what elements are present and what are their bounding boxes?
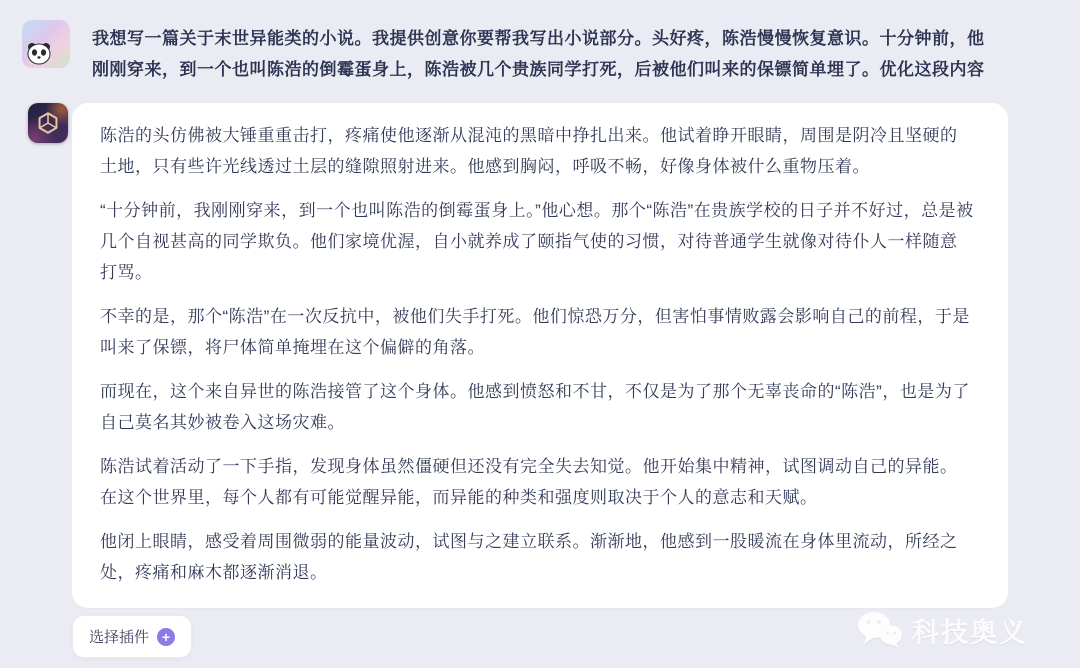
ai-avatar (28, 103, 68, 143)
plus-icon: + (157, 628, 175, 646)
user-avatar (22, 20, 70, 68)
watermark-text: 科技奥义 (912, 611, 1028, 650)
ai-paragraph: 陈浩的头仿佛被大锤重重击打，疼痛使他逐渐从混沌的黑暗中挣扎出来。他试着睁开眼睛，… (100, 120, 974, 182)
ai-paragraph: 他闭上眼睛，感受着周围微弱的能量波动，试图与之建立联系。渐渐地，他感到一股暖流在… (100, 526, 974, 588)
watermark: 科技奥义 (856, 610, 1028, 650)
ai-paragraph: 陈浩试着活动了一下手指，发现身体虽然僵硬但还没有完全失去知觉。他开始集中精神，试… (100, 451, 974, 513)
select-plugin-label: 选择插件 (89, 626, 149, 647)
ai-message: 陈浩的头仿佛被大锤重重击打，疼痛使他逐渐从混沌的黑暗中挣扎出来。他试着睁开眼睛，… (0, 103, 1080, 608)
user-message: 我想写一篇关于末世异能类的小说。我提供创意你要帮我写出小说部分。头好疼，陈浩慢慢… (0, 0, 1080, 85)
cube-logo-icon (35, 110, 61, 136)
select-plugin-button[interactable]: 选择插件 + (72, 615, 192, 658)
ai-response-card: 陈浩的头仿佛被大锤重重击打，疼痛使他逐渐从混沌的黑暗中挣扎出来。他试着睁开眼睛，… (72, 103, 1008, 608)
panda-icon (26, 41, 52, 65)
ai-paragraph: 而现在，这个来自异世的陈浩接管了这个身体。他感到愤怒和不甘，不仅是为了那个无辜丧… (100, 376, 974, 438)
ai-paragraph: 不幸的是，那个“陈浩”在一次反抗中，被他们失手打死。他们惊恐万分，但害怕事情败露… (100, 301, 974, 363)
user-message-text: 我想写一篇关于末世异能类的小说。我提供创意你要帮我写出小说部分。头好疼，陈浩慢慢… (92, 20, 990, 85)
wechat-icon (856, 610, 904, 650)
ai-paragraph: “十分钟前，我刚刚穿来，到一个也叫陈浩的倒霉蛋身上。”他心想。那个“陈浩”在贵族… (100, 195, 974, 288)
